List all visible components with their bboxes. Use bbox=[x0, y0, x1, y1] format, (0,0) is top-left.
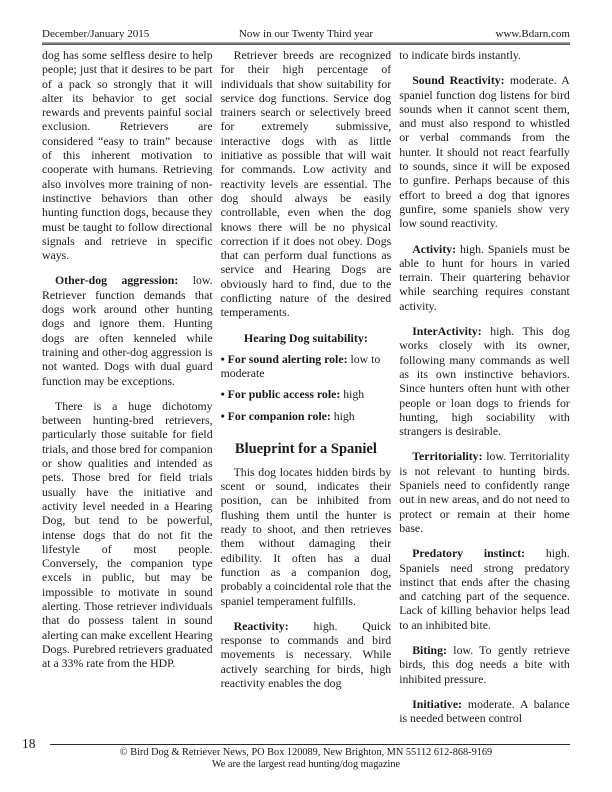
bullet-item: • For sound alerting role: low to modera… bbox=[221, 352, 392, 381]
paragraph-text: Retriever breeds are recognized for thei… bbox=[221, 48, 392, 319]
run-in-label: • For sound alerting role: bbox=[221, 352, 348, 366]
body-paragraph: Activity: high. Spaniels must be able to… bbox=[399, 242, 570, 313]
bullet-item: • For companion role: high bbox=[221, 409, 392, 423]
column-2: Retriever breeds are recognized for thei… bbox=[221, 48, 392, 748]
body-paragraph: Predatory instinct: high. Spaniels need … bbox=[399, 546, 570, 632]
section-heading-blueprint-spaniel: Blueprint for a Spaniel bbox=[221, 441, 392, 458]
page-header: December/January 2015 Now in our Twenty … bbox=[42, 28, 570, 41]
paragraph-text: This dog locates hidden birds by scent o… bbox=[221, 465, 392, 608]
run-in-label: Other-dog aggression: bbox=[55, 273, 178, 287]
body-paragraph: This dog locates hidden birds by scent o… bbox=[221, 465, 392, 608]
section-heading-hearing-dog-suitability: Hearing Dog suitability: bbox=[221, 331, 392, 346]
run-in-label: Territoriality: bbox=[412, 449, 482, 463]
bullet-item: • For public access role: high bbox=[221, 387, 392, 401]
run-in-label: Initiative: bbox=[412, 697, 462, 711]
header-rule bbox=[42, 42, 570, 45]
run-in-label: • For public access role: bbox=[221, 387, 341, 401]
body-paragraph: Initiative: moderate. A balance is neede… bbox=[399, 697, 570, 726]
header-tagline: Now in our Twenty Third year bbox=[42, 28, 570, 41]
article-body: dog has some selfless desire to help peo… bbox=[42, 48, 570, 748]
paragraph-text: moderate. A spaniel function dog listens… bbox=[399, 73, 570, 230]
footer-copyright: © Bird Dog & Retriever News, PO Box 1200… bbox=[0, 747, 612, 759]
body-paragraph: Retriever breeds are recognized for thei… bbox=[221, 48, 392, 320]
run-in-label: • For companion role: bbox=[221, 409, 331, 423]
paragraph-text: dog has some selfless desire to help peo… bbox=[42, 48, 213, 262]
body-paragraph: Territoriality: low. Territoriality is n… bbox=[399, 449, 570, 535]
page-footer: 18 © Bird Dog & Retriever News, PO Box 1… bbox=[0, 738, 612, 792]
run-in-label: Reactivity: bbox=[234, 619, 289, 633]
paragraph-text: low. Retriever function demands that dog… bbox=[42, 273, 213, 387]
paragraph-text: to indicate birds instantly. bbox=[399, 48, 521, 62]
bullet-text: high bbox=[340, 387, 364, 401]
magazine-page: December/January 2015 Now in our Twenty … bbox=[0, 0, 612, 792]
paragraph-text: There is a huge dichotomy between huntin… bbox=[42, 399, 213, 670]
body-paragraph: dog has some selfless desire to help peo… bbox=[42, 48, 213, 262]
run-in-label: InterActivity: bbox=[412, 324, 481, 338]
column-3: to indicate birds instantly. Sound React… bbox=[399, 48, 570, 748]
footer-rule bbox=[50, 744, 570, 745]
body-paragraph: There is a huge dichotomy between huntin… bbox=[42, 399, 213, 671]
body-paragraph: Other-dog aggression: low. Retriever fun… bbox=[42, 273, 213, 387]
bullet-text: high bbox=[331, 409, 355, 423]
body-paragraph: Reactivity: high. Quick response to comm… bbox=[221, 619, 392, 690]
body-paragraph: InterActivity: high. This dog works clos… bbox=[399, 324, 570, 438]
body-paragraph: Biting: low. To gently retrieve birds, t… bbox=[399, 643, 570, 686]
run-in-label: Activity: bbox=[412, 242, 456, 256]
run-in-label: Biting: bbox=[412, 643, 447, 657]
paragraph-text: high. This dog works closely with its ow… bbox=[399, 324, 570, 438]
body-paragraph: to indicate birds instantly. bbox=[399, 48, 570, 62]
body-paragraph: Sound Reactivity: moderate. A spaniel fu… bbox=[399, 73, 570, 230]
run-in-label: Predatory instinct: bbox=[412, 546, 525, 560]
footer-tagline: We are the largest read hunting/dog maga… bbox=[0, 759, 612, 771]
column-1: dog has some selfless desire to help peo… bbox=[42, 48, 213, 748]
run-in-label: Sound Reactivity: bbox=[412, 73, 504, 87]
